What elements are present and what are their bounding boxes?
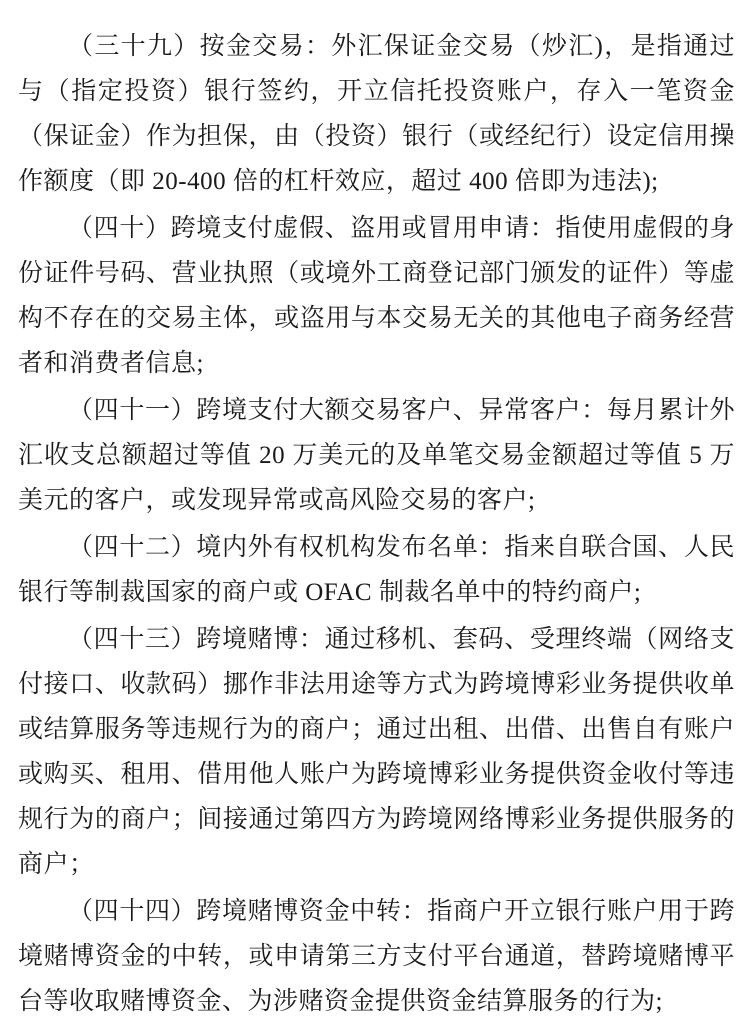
paragraph-item-41: （四十一）跨境支付大额交易客户、异常客户：每月累计外汇收支总额超过等值 20 万… <box>18 388 735 523</box>
paragraph-item-43: （四十三）跨境赌博：通过移机、套码、受理终端（网络支付接口、收款码）挪作非法用途… <box>18 617 735 887</box>
paragraph-item-40: （四十）跨境支付虚假、盗用或冒用申请：指使用虚假的身份证件号码、营业执照（或境外… <box>18 206 735 386</box>
paragraph-item-44: （四十四）跨境赌博资金中转：指商户开立银行账户用于跨境赌博资金的中转，或申请第三… <box>18 889 735 1024</box>
document-page: （三十九）按金交易：外汇保证金交易（炒汇)，是指通过与（指定投资）银行签约，开立… <box>0 0 752 1024</box>
paragraph-item-39: （三十九）按金交易：外汇保证金交易（炒汇)，是指通过与（指定投资）银行签约，开立… <box>18 24 735 204</box>
paragraph-item-42: （四十二）境内外有权机构发布名单：指来自联合国、人民银行等制裁国家的商户或 OF… <box>18 525 735 615</box>
